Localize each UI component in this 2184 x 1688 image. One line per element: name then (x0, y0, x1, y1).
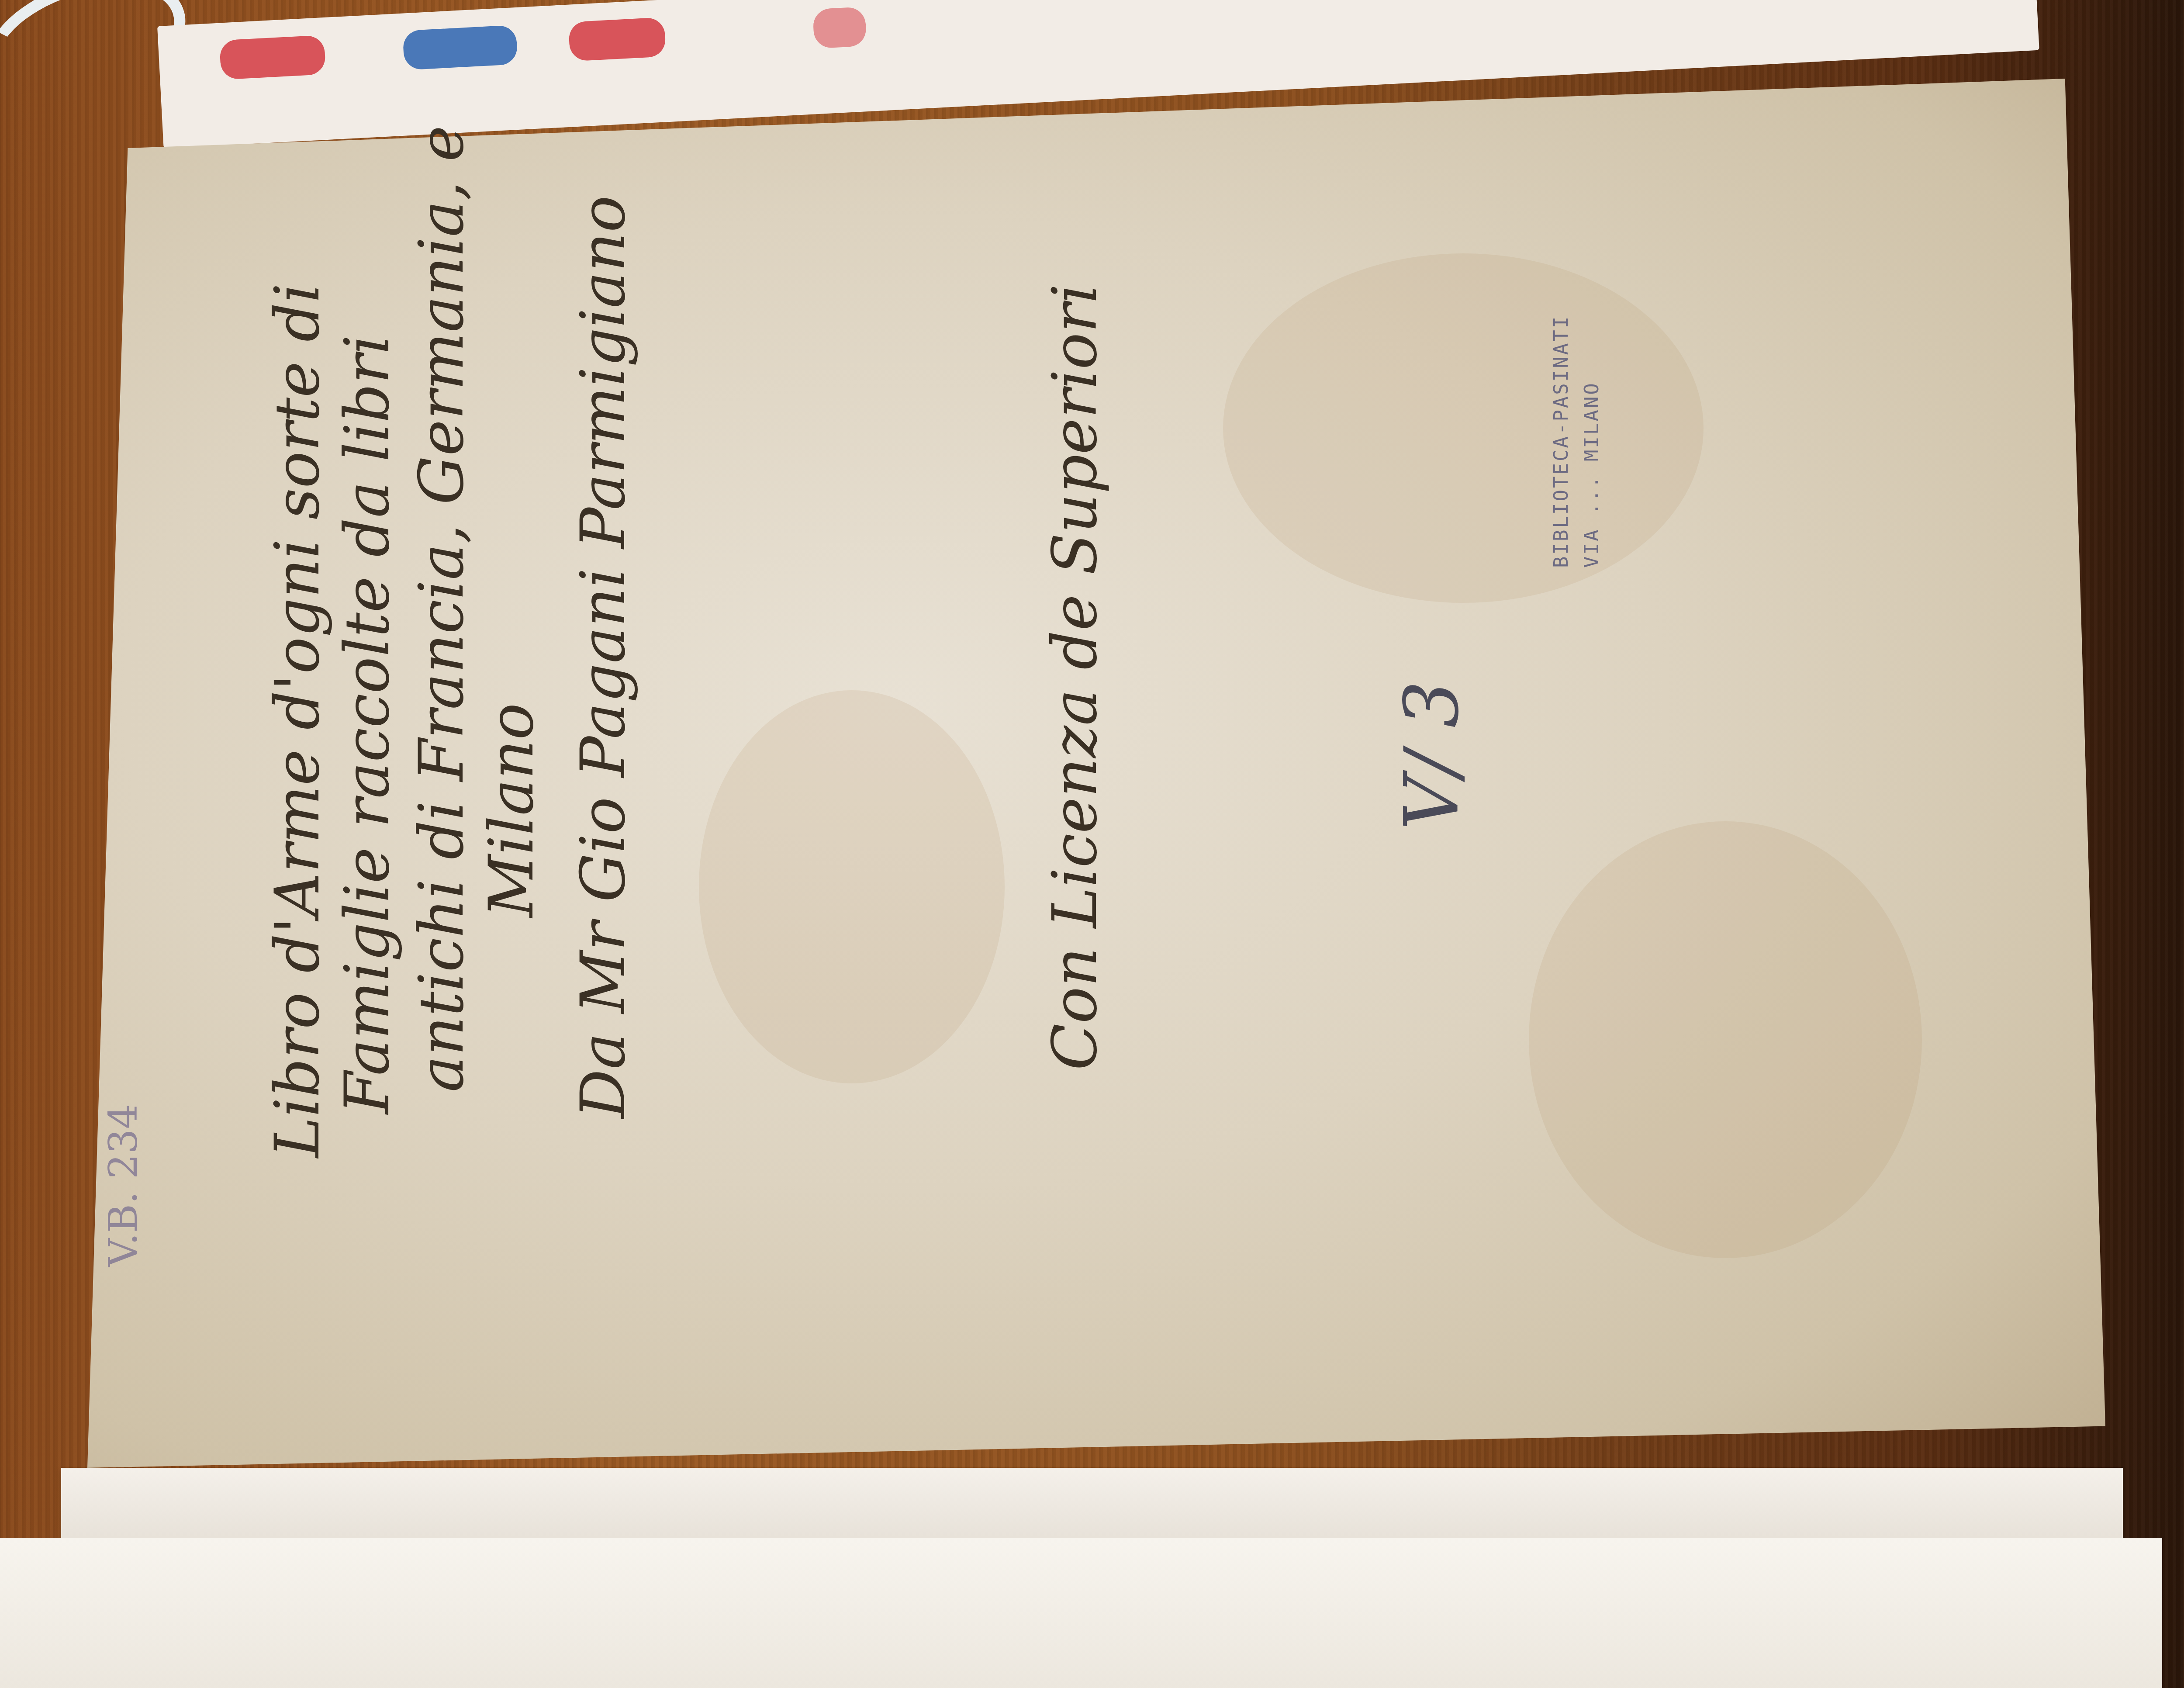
endpaper-red-pattern (568, 17, 666, 61)
stamp-line-2: VIA ... MILANO (1577, 315, 1607, 568)
title-line-4: Milano (476, 703, 547, 917)
water-stain (1529, 821, 1922, 1258)
title-line-2: Famiglie raccolte da libri (332, 335, 403, 1114)
water-stain (699, 690, 1005, 1083)
endpaper-red-pattern (219, 35, 326, 80)
title-line-1: Libro d'Arme d'ogni sorte di (262, 283, 333, 1158)
endpaper-blue-pattern (402, 25, 518, 70)
water-stain (1223, 253, 1704, 603)
license-line: Con Licenza de Superiori (1040, 284, 1111, 1070)
title-line-3: antichi di Francia, Germania, e (406, 125, 477, 1092)
volume-mark: V/ 3 (1389, 681, 1476, 830)
page-fold-strip (61, 1468, 2123, 1542)
book-spine-edge (0, 1538, 2162, 1688)
endpaper-red-pattern (812, 7, 867, 48)
shelfmark: V.B. 234 (100, 1104, 146, 1267)
author-line: Da Mr Gio Pagani Parmigiano (568, 196, 639, 1118)
stamp-line-1: BIBLIOTECA-PASINATI (1546, 315, 1577, 568)
library-stamp: BIBLIOTECA-PASINATI VIA ... MILANO (1546, 315, 1607, 568)
